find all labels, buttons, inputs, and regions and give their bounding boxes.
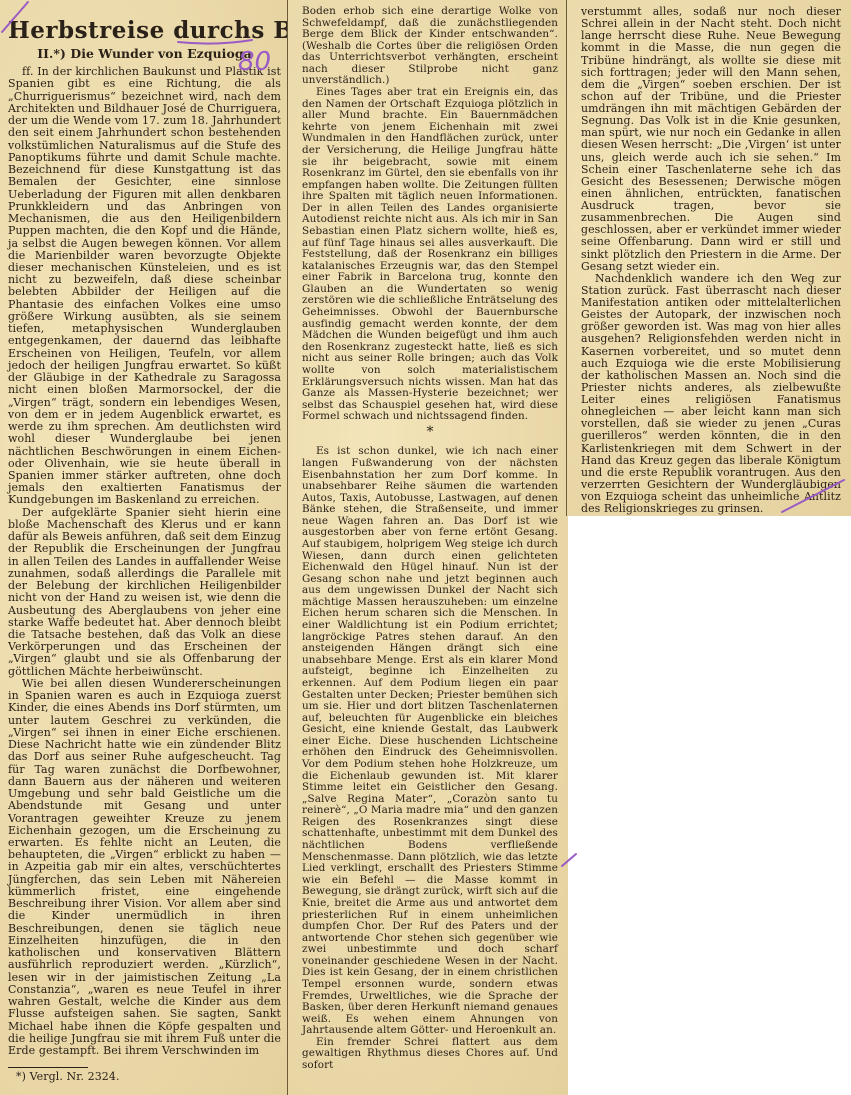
paragraph: Der aufgeklärte Spanier sieht hierin ein… <box>8 507 281 678</box>
column-1: Herbstreise durchs Baskenland II.*) Die … <box>0 0 291 1095</box>
paragraph: Nachdenklich wandere ich den Weg zur Sta… <box>581 273 841 516</box>
paragraph: Boden erhob sich eine derartige Wolke vo… <box>302 6 558 87</box>
paragraph: Wie bei allen diesen Wundererscheinungen… <box>8 678 281 1057</box>
paragraph: verstummt alles, sodaß nur noch dieser S… <box>581 6 841 273</box>
column-3: verstummt alles, sodaß nur noch dieser S… <box>566 0 851 516</box>
footnote-divider <box>8 1067 88 1068</box>
paragraph: ff. In der kirchlichen Baukunst und Plas… <box>8 66 281 506</box>
footnote: *) Vergl. Nr. 2324. <box>8 1071 281 1083</box>
newspaper-clipping: Herbstreise durchs Baskenland II.*) Die … <box>0 0 851 1095</box>
column-2: Boden erhob sich eine derartige Wolke vo… <box>287 0 568 1095</box>
paragraph: Es ist schon dunkel, wie ich nach einer … <box>302 446 558 1036</box>
section-separator: * <box>302 427 558 439</box>
subheading: II.*) Die Wunder von Ezquioga <box>8 48 281 60</box>
paragraph: Eines Tages aber trat ein Ereignis ein, … <box>302 87 558 423</box>
paragraph: Ein fremder Schrei flattert aus dem gewa… <box>302 1037 558 1072</box>
headline: Herbstreise durchs Baskenland <box>8 18 281 44</box>
